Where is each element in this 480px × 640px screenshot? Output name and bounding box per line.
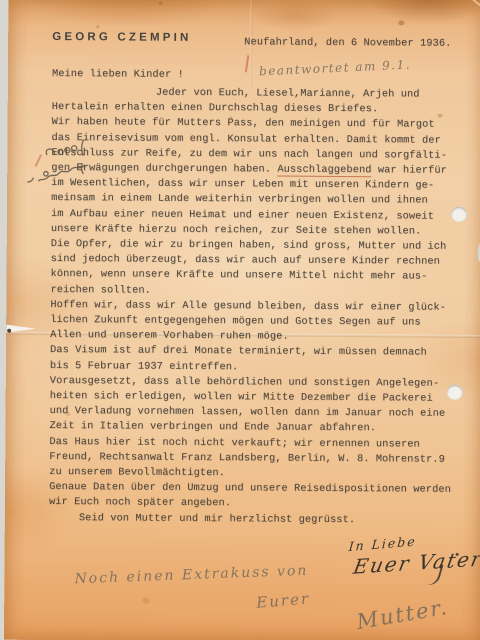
pencil-postscript-line3: Mutter. — [355, 595, 450, 634]
pencil-annotation-top: beantwortet am 9.1. — [259, 58, 412, 79]
paper-stain — [158, 2, 162, 5]
letter-paper: GEORG CZEMPIN Neufahrland, den 6 Novembe… — [4, 0, 480, 640]
hebrew-margin-note — [9, 136, 95, 201]
paper-stain — [96, 25, 99, 28]
body-line-segment: war hierfür — [372, 164, 447, 177]
red-pencil-mark — [245, 55, 249, 72]
paper-stain — [142, 598, 149, 604]
dateline: Neufahrland, den 6 November 1936. — [244, 36, 451, 49]
letterhead-name: GEORG CZEMPIN — [52, 31, 191, 44]
signature-dot — [456, 553, 459, 556]
underlined-word: Ausschlaggebend — [277, 164, 371, 178]
pencil-postscript-line1: Noch einen Extrakuss von — [74, 563, 308, 588]
edge-tear-tip — [7, 329, 11, 333]
corner-crease — [450, 0, 480, 18]
salutation: Meine lieben Kinder ! — [52, 68, 184, 81]
pencil-postscript-line2: Eurer — [256, 589, 311, 611]
paper-stain — [398, 20, 404, 25]
body-line-closing: Seid von Mutter und mir herzlichst gegrü… — [49, 511, 459, 529]
letter-body: Jeder von Euch, Liesel,Marianne, Arjeh u… — [49, 85, 462, 529]
